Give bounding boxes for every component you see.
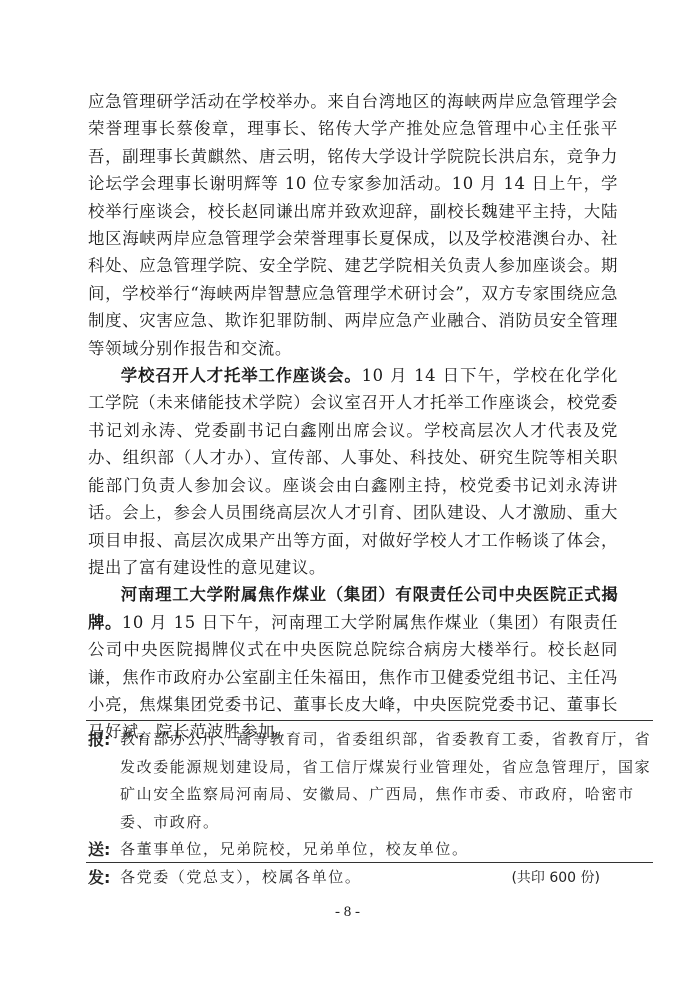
paragraph-body: 10 月 14 日下午，学校在化学化工学院（未来储能技术学院）会议室召开人才托举… (88, 366, 618, 577)
report-recipients: 教育部办公厅、高等教育司，省委组织部，省委教育工委，省教育厅，省发改委能源规划建… (120, 726, 653, 836)
paragraph-body: 10 月 15 日下午，河南理工大学附属焦作煤业（集团）有限责任公司中央医院揭牌… (88, 613, 618, 742)
distribution-bottom-rule (86, 862, 653, 863)
print-count: (共印 600 份) (511, 868, 600, 888)
paragraph-heading: 学校召开人才托举工作座谈会。 (121, 366, 362, 385)
paragraph-emergency-management-study: 应急管理研学活动在学校举办。来自台湾地区的海峡两岸应急管理学会荣誉理事长蔡俊章，… (88, 88, 618, 362)
paragraph-body: 应急管理研学活动在学校举办。来自台湾地区的海峡两岸应急管理学会荣誉理事长蔡俊章，… (88, 92, 618, 358)
page-number: - 8 - (0, 902, 695, 922)
send-recipients: 各董事单位，兄弟院校，兄弟单位，校友单位。 (120, 836, 653, 864)
distribution-send-row: 送: 各董事单位，兄弟院校，兄弟单位，校友单位。 (88, 836, 653, 864)
send-label: 送: (88, 836, 120, 864)
paragraph-hospital-unveiling: 河南理工大学附属焦作煤业（集团）有限责任公司中央医院正式揭牌。10 月 15 日… (88, 581, 618, 745)
report-label: 报: (88, 726, 120, 754)
distribution-report-row: 报: 教育部办公厅、高等教育司，省委组织部，省委教育工委，省教育厅，省发改委能源… (88, 726, 653, 836)
paragraph-talent-symposium: 学校召开人才托举工作座谈会。10 月 14 日下午，学校在化学化工学院（未来储能… (88, 362, 618, 581)
distribution-top-rule (86, 720, 653, 721)
document-page: 应急管理研学活动在学校举办。来自台湾地区的海峡两岸应急管理学会荣誉理事长蔡俊章，… (0, 0, 695, 983)
issue-label: 发: (88, 864, 120, 892)
body-text: 应急管理研学活动在学校举办。来自台湾地区的海峡两岸应急管理学会荣誉理事长蔡俊章，… (88, 88, 618, 746)
distribution-list: 报: 教育部办公厅、高等教育司，省委组织部，省委教育工委，省教育厅，省发改委能源… (88, 726, 653, 892)
